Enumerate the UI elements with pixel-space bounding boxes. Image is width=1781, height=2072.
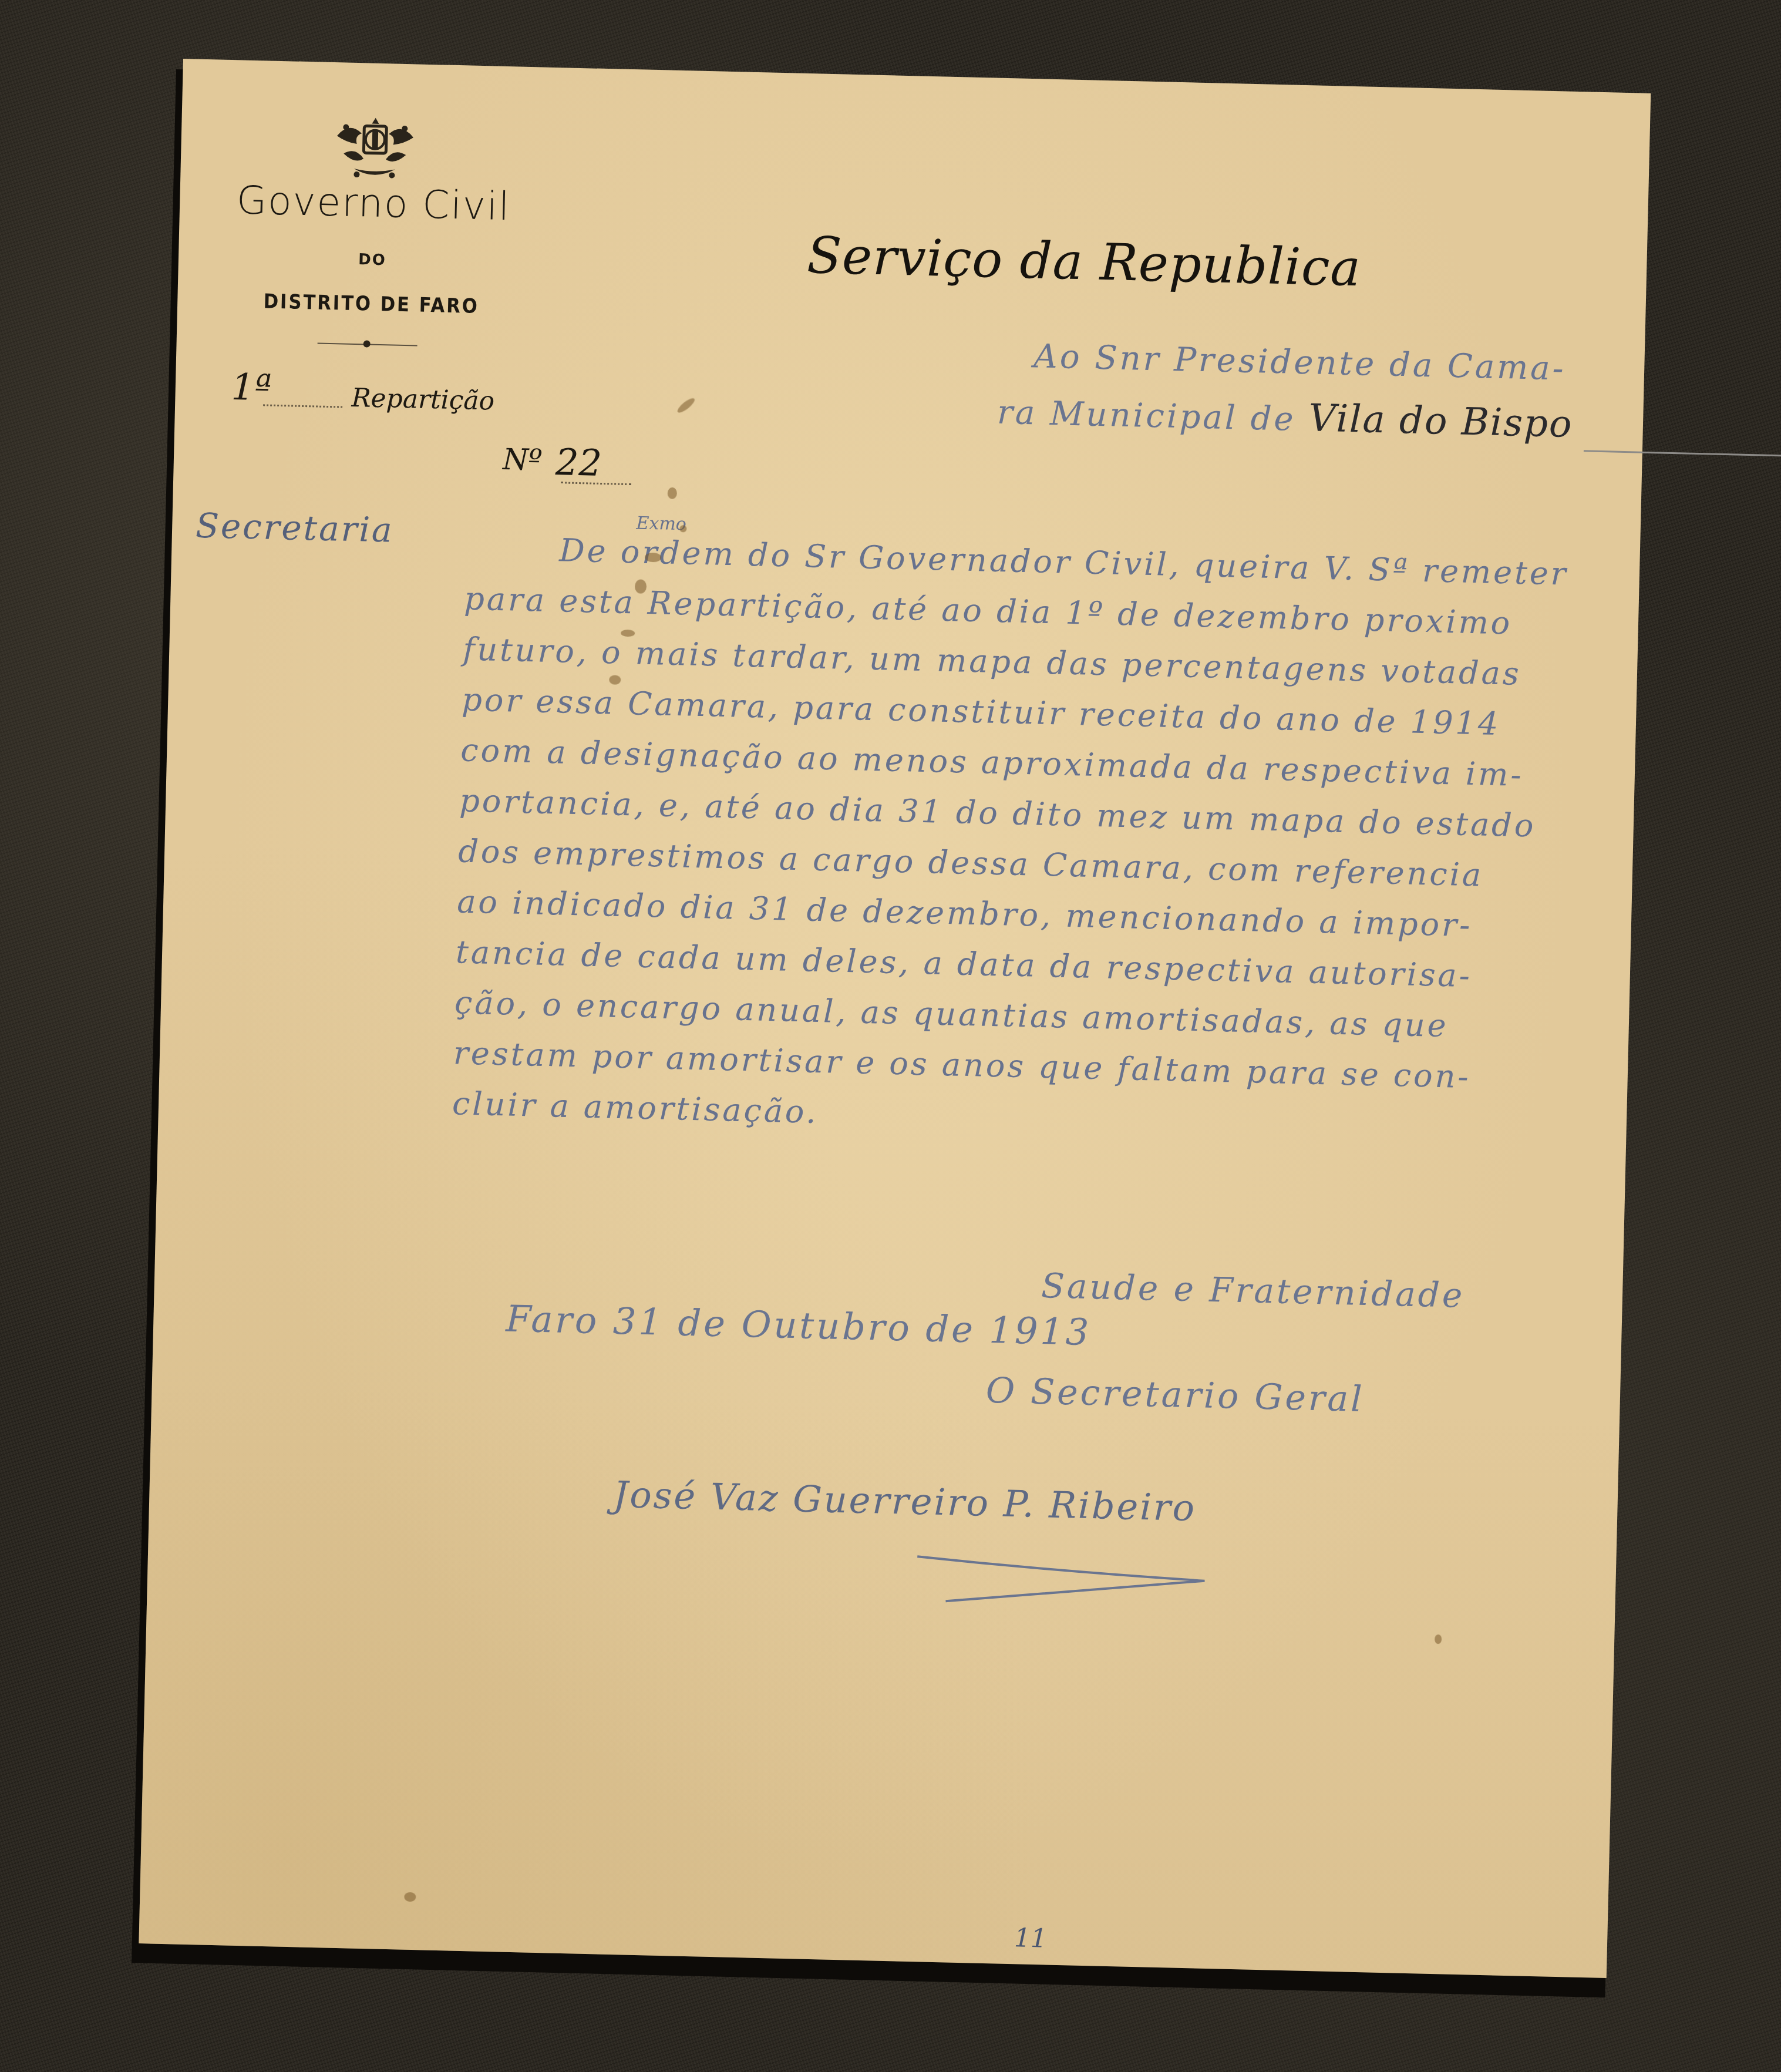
- number-label: Nº: [502, 442, 543, 477]
- addressee-underline: [1584, 450, 1781, 458]
- department-label: Repartição: [351, 383, 495, 416]
- letter-body: De ordem do Sr Governador Civil, queira …: [452, 530, 1781, 1168]
- secretaria-annotation: Secretaria: [195, 506, 394, 550]
- closing-salutation: Saude e Fraternidade: [1041, 1266, 1465, 1316]
- number-dotted-line: [561, 482, 631, 485]
- addressee-line-1: Ao Snr Presidente da Cama-: [1033, 337, 1567, 388]
- number-value: 22: [555, 440, 602, 485]
- portuguese-coat-of-arms-icon: [330, 112, 420, 185]
- page-mark: 11: [1014, 1923, 1047, 1953]
- divider-dot-icon: [363, 340, 371, 347]
- addressee-place: Vila do Bispo: [1308, 396, 1574, 446]
- department-dotted-line: [263, 404, 342, 408]
- signature-flourish-icon: [910, 1550, 1217, 1610]
- letterhead-title: Governo Civil: [214, 177, 533, 230]
- letter-sheet: Governo Civil DO DISTRITO DE FARO 1ª Rep…: [139, 59, 1651, 1978]
- letterhead-do: DO: [214, 247, 531, 273]
- document-heading: Serviço da Republica: [806, 226, 1362, 298]
- signatory-title: O Secretario Geral: [985, 1370, 1365, 1420]
- body-superscript: Exmo: [636, 513, 686, 534]
- signature: José Vaz Guerreiro P. Ribeiro: [613, 1473, 1197, 1529]
- department-number: 1ª: [231, 365, 272, 409]
- letterhead-district: DISTRITO DE FARO: [213, 288, 530, 319]
- addressee-prefix: ra Municipal de: [996, 393, 1296, 439]
- addressee-line-2: ra Municipal de Vila do Bispo: [996, 389, 1573, 446]
- place-date: Faro 31 de Outubro de 1913: [506, 1297, 1092, 1354]
